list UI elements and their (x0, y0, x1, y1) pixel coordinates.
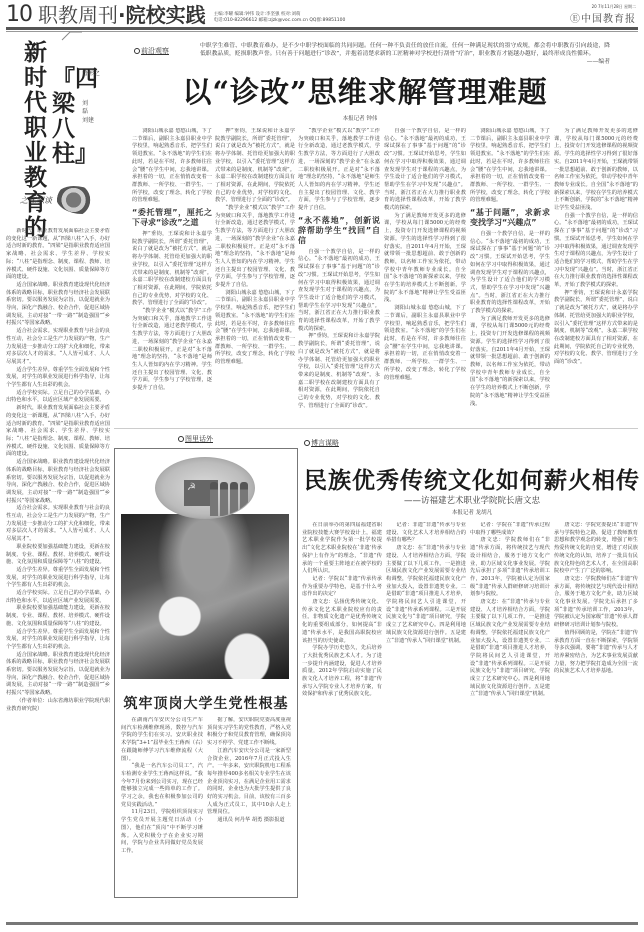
story-column-4: 自强一个教学自信，是一样的信心。“永不落地”最初的成功，王琛试探在了事事“基于问… (384, 128, 466, 426)
interview-subheadline: ——访福建艺术职业学院院长唐文忠 (300, 494, 644, 506)
headline-main: 以“诊改”思维求解管理难题 (150, 70, 580, 111)
newspaper-logo-block: 20 7年11月28日 星期二 Ⓔ中国教育报 (570, 4, 636, 25)
circle-bullet-icon (134, 48, 140, 54)
section-tag-frontier: 前沿观察 (134, 46, 169, 56)
footer-rule (6, 922, 638, 925)
header-rule-thin (6, 31, 638, 32)
column-logo: 之江职谈 (20, 186, 100, 214)
section-name: 职教周刊 (38, 4, 118, 26)
subsection-name: ·院校实践 (118, 4, 206, 26)
story-column-5: 浏阳山城永嘉 悠悠山城，下了二节课后，副职主永嘉县职业中学学校里，响起熟悉音乐，… (470, 128, 550, 426)
newspaper-logo: Ⓔ中国教育报 (570, 10, 636, 25)
section-tag-interview: 博言谋略 (304, 438, 339, 448)
logo-emblem-icon: Ⓔ (570, 14, 581, 25)
section-divider (114, 428, 638, 429)
circle-bullet-icon (178, 436, 184, 442)
photo-feature-box: 筑牢顶岗大学生党性根基 在湖南汽车安庆分公司生产车间汽车检测维修现场，数控与汽车… (114, 448, 298, 898)
photo-main-students-at-work (121, 514, 289, 679)
circle-bullet-icon (304, 440, 310, 446)
author-1: 鲁彬之 (82, 70, 100, 78)
headline-interview: 民族优秀传统文化如何薪火相传 (300, 462, 644, 495)
author-affiliation: （作者单位：山东省潍坊职业学院现代职业教育研究院） (6, 698, 110, 713)
author-2: 刘磊 (82, 100, 90, 116)
story-byline: 本报记者 钟伟 (300, 114, 420, 122)
story-column-3: “教学企业”模式以“教学”工作为突破口和关乎，落地教学工作进行全新改造，通过老教… (298, 128, 380, 426)
masthead: 10 职教周刊 ·院校实践 主编:李曜 编辑:钟伟 设计:李坚强 校对:刘萌 电… (6, 2, 345, 26)
subhead-3: “基于问题”，求新求变找学习“兴趣点” (470, 208, 550, 228)
story-column-6: 为了满足教师开发更多的选修课，学校从每门课5000元的经费上，投资专门开发选修课… (554, 128, 638, 426)
feature-body: 新时代，职业教育发展面临社会主要矛盾的变化这一新课题，从“四梁八柱”入手，办好适… (6, 228, 110, 918)
interview-column-4: 唐文忠：学院党委提出“非遗”传承与学院特色之路，促进了教师教育思想和教学观念的转… (554, 522, 638, 918)
photo-inset-party-day (155, 457, 255, 519)
interview-byline: 本报记者 龙胡凡 (300, 508, 644, 516)
story-column-2: 押”垂钧，王琛说和计永嘉学院教学副院长，所谓“委托管理”，说白了就是改为“被托方… (215, 128, 295, 426)
column-name: 之江职谈 (20, 195, 52, 206)
horse-emblem-icon (56, 186, 100, 214)
callout-pointer-icon (60, 31, 84, 41)
story-lede: 中职学生难管、中职教育难办，是不少中职学校面临的共同问题。任何一种不负责任的放任… (200, 42, 610, 66)
story-column-1: 浏阳山城永嘉 悠悠山城，下了二节课后，副职主永嘉县职业中学学校里，响起熟悉音乐，… (132, 128, 212, 426)
photo-feature-title: 筑牢顶岗大学生党性根基 (115, 693, 297, 713)
feature-title-vertical-2: 『四梁八柱』 (52, 66, 78, 166)
interview-column-2: 记者：非遗“非遗”传承与专业建设、文化艺术人才培养相结合的举措有哪些？ 唐文忠：… (386, 522, 466, 918)
subhead-2: “永不落地”，创新说辞帮助学生“找回”自信 (298, 216, 380, 246)
interview-column-3: 记者：学院在“非遗”传承过程中取得了哪些成效？ 唐文忠：学院教师们在“非遗”传承… (470, 522, 550, 918)
header-rule (6, 27, 638, 30)
author-3: 刘建 (82, 117, 94, 125)
photo-column-2: 据了解，安庆职院党委高度重视顶岗实习学生的党性教育，严格入党积极分子和党员教育管… (207, 717, 291, 893)
page-number: 10 (6, 4, 32, 26)
interview-column-1: 在日前举办的第四届福建省职业院校技能大赛学校设计上，福建艺术职业学院作为第一批学… (302, 522, 382, 918)
photo-column-1: 在湖南汽车安庆分公司生产车间汽车检测维修现场，数控与汽车学院的学生们在实习。安庆… (121, 717, 203, 893)
editorial-credits: 主编:李曜 编辑:钟伟 设计:李坚强 校对:刘萌 电话:010-82296612… (214, 12, 346, 24)
subhead-1: “委托管理”，厘托之下寻求“诊改”之道 (132, 208, 212, 228)
photo-credits: 通讯员 何丹华 胡勇 摄影报道 (207, 817, 291, 825)
section-tag-photo: 图里话外 (178, 434, 213, 444)
